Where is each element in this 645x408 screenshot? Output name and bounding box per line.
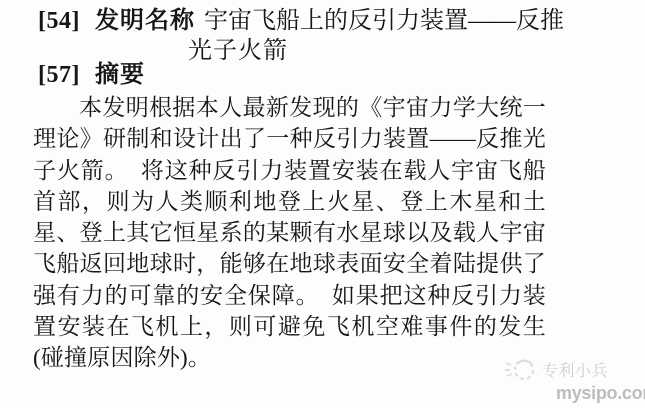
abstract-line: 子火箭。 将这种反引力装置安装在载人宇宙飞船 xyxy=(33,155,546,186)
field-57-line: [57] 摘要 xyxy=(38,60,145,90)
abstract-line: 首部，则为人类顺利地登上火星、登上木星和土 xyxy=(33,186,546,217)
abstract-line: 本发明根据本人最新发现的《宇宙力学大统一 xyxy=(33,92,546,123)
field-54-tag: [54] xyxy=(38,8,80,34)
abstract-line: 置安装在飞机上，则可避免飞机空难事件的发生 xyxy=(33,311,546,342)
invention-title-line2: 光子火箭 xyxy=(188,36,288,66)
watermark-brand-row: 专利小兵 xyxy=(503,355,608,383)
abstract-text: 本发明根据本人最新发现的《宇宙力学大统一 理论》研制和设计出了一种反引力装置——… xyxy=(33,92,546,374)
abstract-line: 星、登上其它恒星系的某颗有水星球以及载人宇宙 xyxy=(33,217,546,248)
field-57-tag: [57] xyxy=(38,62,80,88)
invention-title-line1: 宇宙飞船上的反引力装置——反推 xyxy=(204,8,564,34)
soldier-mascot-icon xyxy=(503,355,537,383)
abstract-label: 摘要 xyxy=(95,61,145,88)
watermark-site-url: mysipo.com xyxy=(556,383,645,403)
abstract-line: 理论》研制和设计出了一种反引力装置——反推光 xyxy=(33,123,546,154)
watermark-brand-text: 专利小兵 xyxy=(542,358,608,381)
field-54-line: [54] 发明名称 宇宙飞船上的反引力装置——反推 xyxy=(38,6,564,36)
abstract-line: (碰撞原因除外)。 xyxy=(33,342,546,373)
abstract-line: 强有力的可靠的安全保障。 如果把这种反引力装 xyxy=(33,280,546,311)
abstract-line: 飞船返回地球时，能够在地球表面安全着陆提供了 xyxy=(33,248,546,279)
invention-title-label: 发明名称 xyxy=(95,7,195,34)
patent-abstract-page: [54] 发明名称 宇宙飞船上的反引力装置——反推 光子火箭 [57] 摘要 本… xyxy=(0,0,645,408)
